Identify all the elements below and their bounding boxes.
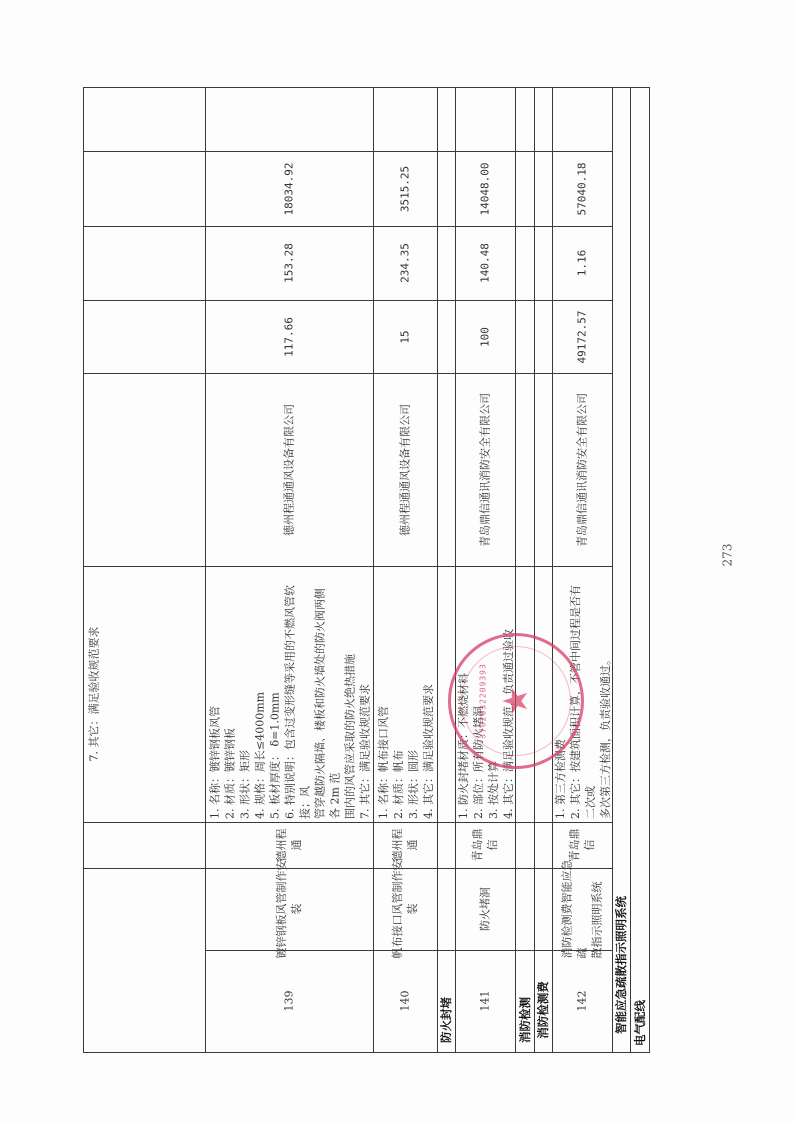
- row-140-spec: 1. 名称：帆布接口风管2. 材质：帆布 3. 形状：圆形4. 其它：满足验收规…: [375, 566, 437, 822]
- cell-text: 管穿越防火隔墙、楼板和防火墙处的防火阀两侧: [313, 569, 328, 819]
- cell-text: 3515.25: [399, 165, 412, 211]
- row-139-unit-price: 153.28: [205, 226, 373, 300]
- cell-text: 消防检测: [517, 997, 533, 1043]
- cell-text: 青岛鼎: [567, 829, 582, 862]
- row-141-brand-text: 青岛鼎信: [470, 829, 500, 862]
- row-139-quantity: 117.66: [205, 300, 373, 373]
- section-fire-testing: 消防检测: [515, 987, 534, 1053]
- cell-text: 德州程通通风设备有限公司: [398, 404, 413, 536]
- cell-text: 信: [485, 829, 500, 862]
- row-142-supplier: 青岛鼎信通讯消防安全有限公司: [552, 373, 612, 566]
- cell-text: 德州程通通风设备有限公司: [282, 404, 297, 536]
- cell-text: 2. 其它：按建筑面积计算，不管中间过程是否有: [568, 569, 583, 819]
- cell-text: 青岛鼎信通讯消防安全有限公司: [478, 393, 493, 547]
- row-140-no: 140: [373, 950, 437, 1052]
- cell-text: 防火堵洞: [478, 887, 493, 931]
- page-number: 273: [720, 544, 734, 567]
- cell-text: 1. 防火封堵材质：不燃烧材料: [456, 569, 471, 819]
- cell-text: 14048.00: [479, 162, 492, 215]
- cell-text: 1. 第三方检测费: [553, 569, 568, 819]
- row-141-name-text: 防火堵洞: [478, 887, 493, 931]
- cell-text: 疏: [575, 860, 590, 959]
- row-142-brand: 青岛鼎信: [552, 822, 612, 868]
- cell-text: 141: [478, 991, 493, 1012]
- cell-text: 2. 部位：所有防火堵洞: [471, 569, 486, 819]
- cell-text: 装: [405, 860, 420, 959]
- cell-text: 117.66: [283, 317, 296, 357]
- cell-text: 2. 材质：镀锌钢板: [223, 569, 238, 819]
- row-140-spec-text: 1. 名称：帆布接口风管2. 材质：帆布 3. 形状：圆形4. 其它：满足验收规…: [376, 569, 436, 819]
- row-139-name-text: 镀锌钢板风管制作安装: [274, 860, 304, 959]
- cell-text: 1.16: [576, 250, 589, 277]
- row-140-name: 帆布接口风管制作安装: [373, 868, 437, 950]
- row-139-spec-text: 1. 名称：镀锌钢板风管2. 材质：镀锌钢板 3. 形状：矩形4. 规格：周长≤…: [208, 569, 373, 819]
- cell-text: 接；风: [298, 569, 313, 819]
- cell-text: 3. 按处计算: [486, 569, 501, 819]
- row-line-section-firesealing: [437, 87, 438, 1053]
- cell-text: 4. 规格：周长≤4000mm: [253, 569, 268, 819]
- cell-text: 围内的风管应采取的防火绝热措施: [343, 569, 358, 819]
- table-border-bottom: [83, 1052, 650, 1053]
- row-141-amount: 14048.00: [455, 151, 515, 226]
- cell-text: 帆布接口风管制作安: [390, 860, 405, 959]
- cell-text: 消防检测费: [535, 981, 551, 1039]
- row-141-supplier: 青岛鼎信通讯消防安全有限公司: [455, 373, 515, 566]
- quotation-table: 7. 其它：满足验收规范要求 139 镀锌钢板风管制作安装 德州程通 1. 名称…: [83, 87, 650, 1053]
- cell-text: 142: [575, 991, 590, 1012]
- cell-text: 3. 形状：矩形: [238, 569, 253, 819]
- row-139-brand-text: 德州程通: [274, 829, 304, 862]
- cell-text: 通: [289, 829, 304, 862]
- table-border-right: [649, 87, 650, 1053]
- row-139-spec: 1. 名称：镀锌钢板风管2. 材质：镀锌钢板 3. 形状：矩形4. 规格：周长≤…: [207, 566, 373, 822]
- cell-text: 7. 其它：满足验收规范要求: [358, 569, 373, 819]
- row-141-unit-price: 140.48: [455, 226, 515, 300]
- row-142-name: 消防检测费智能应急疏散指示照明系统: [552, 868, 612, 950]
- row-141-no: 141: [455, 950, 515, 1052]
- row-line-section-electrical: [630, 87, 631, 1053]
- row-141-spec: 1. 防火封堵材质：不燃烧材料2. 部位：所有防火堵洞 3. 按处计算4. 其它…: [457, 566, 515, 822]
- row-141-brand: 青岛鼎信: [455, 822, 515, 868]
- document-page: 7. 其它：满足验收规范要求 139 镀锌钢板风管制作安装 德州程通 1. 名称…: [0, 0, 794, 1123]
- cell-text: 智能应急疏散指示照明系统: [613, 896, 629, 1034]
- row-142-spec: 1. 第三方检测费2. 其它：按建筑面积计算，不管中间过程是否有 二次或多次第三…: [554, 566, 612, 822]
- row-139-no: 139: [205, 950, 373, 1052]
- cell-text: 德州程: [274, 829, 289, 862]
- cell-text: 镀锌钢板风管制作安: [274, 860, 289, 959]
- cell-text: 139: [282, 991, 297, 1012]
- cell-text: 4. 其它：满足验收规范要求: [421, 569, 436, 819]
- row-140-unit-price: 234.35: [373, 226, 437, 300]
- cell-text: 3. 形状：圆形: [406, 569, 421, 819]
- cell-text: 电气配线: [632, 1000, 648, 1046]
- row-142-name-text: 消防检测费智能应急疏散指示照明系统: [560, 860, 605, 959]
- cell-text: 18034.92: [283, 162, 296, 215]
- cell-text: 57040.18: [576, 162, 589, 215]
- row-140-brand-text: 德州程通: [390, 829, 420, 862]
- row-139-amount: 18034.92: [205, 151, 373, 226]
- cell-text: 7. 其它：满足验收规范要求: [87, 627, 102, 762]
- row-142-unit-price: 1.16: [552, 226, 612, 300]
- section-fire-testing-fee: 消防检测费: [534, 967, 552, 1053]
- row-142-brand-text: 青岛鼎信: [567, 829, 597, 862]
- cell-text: 140.48: [479, 243, 492, 283]
- cell-text: 153.28: [283, 243, 296, 283]
- row-142-spec-text: 1. 第三方检测费2. 其它：按建筑面积计算，不管中间过程是否有 二次或多次第三…: [553, 569, 613, 819]
- cell-text: 140: [398, 991, 413, 1012]
- col-line-quantity-cont: [83, 373, 205, 374]
- row-139-brand: 德州程通: [205, 822, 373, 868]
- row-line-section-firetestingfee: [534, 87, 535, 1053]
- cell-text: 4. 其它：满足验收规范，负责通过验收: [501, 569, 516, 819]
- cell-text: 消防检测费智能应急: [560, 860, 575, 959]
- row-142-amount: 57040.18: [552, 151, 612, 226]
- table-border-top: [83, 87, 650, 88]
- continuation-spec: 7. 其它：满足验收规范要求: [85, 569, 103, 819]
- row-141-quantity: 100: [455, 300, 515, 373]
- row-140-brand: 德州程通: [373, 822, 437, 868]
- row-141-spec-text: 1. 防火封堵材质：不燃烧材料2. 部位：所有防火堵洞 3. 按处计算4. 其它…: [456, 569, 516, 819]
- row-142-no: 142: [552, 950, 612, 1052]
- cell-text: 2. 材质：帆布: [391, 569, 406, 819]
- row-139-name: 镀锌钢板风管制作安装: [205, 868, 373, 950]
- section-emergency-lighting: 智能应急疏散指示照明系统: [612, 877, 630, 1053]
- cell-text: 二次或: [583, 569, 598, 819]
- cell-text: 散指示照明系统: [590, 860, 605, 959]
- cell-text: 5. 板材厚度： δ=1.0mm: [268, 569, 283, 819]
- row-140-quantity: 15: [373, 300, 437, 373]
- cell-text: 青岛鼎: [470, 829, 485, 862]
- cell-text: 各 2m 范: [328, 569, 343, 819]
- row-141-name: 防火堵洞: [455, 868, 515, 950]
- row-140-amount: 3515.25: [373, 151, 437, 226]
- cell-text: 1. 名称：帆布接口风管: [376, 569, 391, 819]
- cell-text: 15: [399, 330, 412, 343]
- cell-text: 防火封堵: [438, 997, 454, 1043]
- row-142-quantity: 49172.57: [552, 300, 612, 373]
- cell-text: 多次第三方检测，负责验收通过。: [598, 569, 613, 819]
- cell-text: 234.35: [399, 243, 412, 283]
- cell-text: 通: [405, 829, 420, 862]
- row-139-supplier: 德州程通通风设备有限公司: [205, 373, 373, 566]
- cell-text: 6. 特别说明：包含过变形缝等采用的不燃风管软: [283, 569, 298, 819]
- cell-text: 信: [582, 829, 597, 862]
- cell-text: 1. 名称：镀锌钢板风管: [208, 569, 223, 819]
- cell-text: 100: [479, 327, 492, 347]
- section-fire-sealing: 防火封堵: [437, 987, 455, 1053]
- row-140-name-text: 帆布接口风管制作安装: [390, 860, 420, 959]
- section-electrical-wiring: 电气配线: [630, 992, 649, 1053]
- cell-text: 装: [289, 860, 304, 959]
- cell-text: 青岛鼎信通讯消防安全有限公司: [575, 393, 590, 547]
- row-140-supplier: 德州程通通风设备有限公司: [373, 373, 437, 566]
- cell-text: 德州程: [390, 829, 405, 862]
- cell-text: 49172.57: [576, 310, 589, 363]
